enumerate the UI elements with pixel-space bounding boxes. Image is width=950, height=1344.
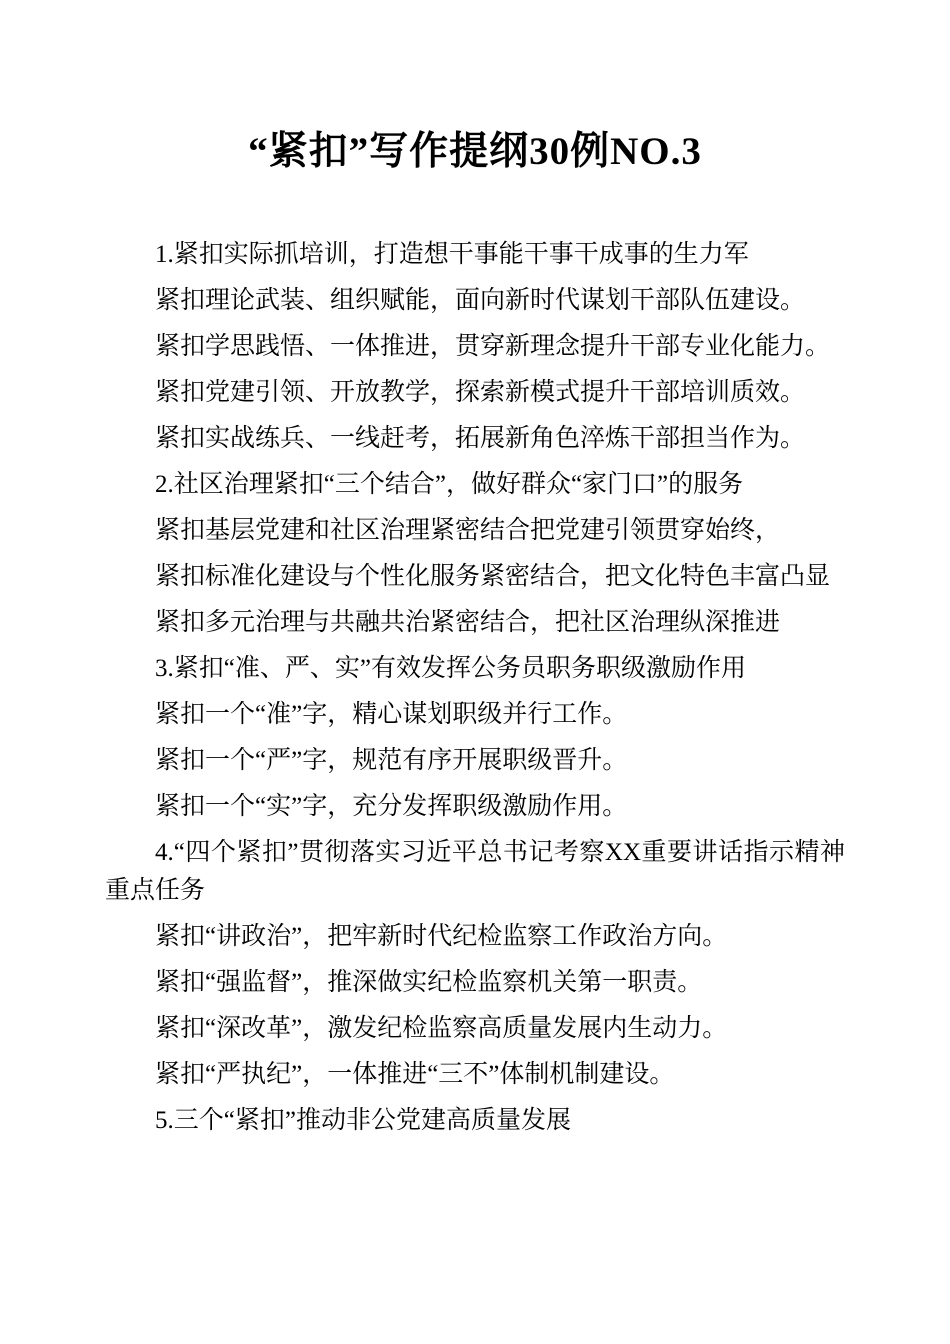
paragraph: 紧扣“强监督”，推深做实纪检监察机关第一职责。	[105, 964, 845, 1002]
document-title: “紧扣”写作提纲30例NO.3	[105, 0, 845, 183]
paragraph: 紧扣“严执纪”，一体推进“三不”体制机制建设。	[105, 1056, 845, 1094]
paragraph: 紧扣多元治理与共融共治紧密结合，把社区治理纵深推进	[105, 604, 845, 642]
paragraph: 紧扣实战练兵、一线赶考，拓展新角色淬炼干部担当作为。	[105, 420, 845, 458]
paragraph: 紧扣“讲政治”，把牢新时代纪检监察工作政治方向。	[105, 918, 845, 956]
paragraph: 1.紧扣实际抓培训，打造想干事能干事干成事的生力军	[105, 236, 845, 274]
paragraph: 紧扣一个“实”字，充分发挥职级激励作用。	[105, 788, 845, 826]
paragraph: 2.社区治理紧扣“三个结合”，做好群众“家门口”的服务	[105, 466, 845, 504]
paragraph: 紧扣理论武装、组织赋能，面向新时代谋划干部队伍建设。	[105, 282, 845, 320]
paragraph: 4.“四个紧扣”贯彻落实习近平总书记考察XX重要讲话指示精神重点任务	[105, 834, 845, 910]
document-page: “紧扣”写作提纲30例NO.3 1.紧扣实际抓培训，打造想干事能干事干成事的生力…	[0, 0, 950, 1344]
document-body: 1.紧扣实际抓培训，打造想干事能干事干成事的生力军紧扣理论武装、组织赋能，面向新…	[105, 236, 845, 1140]
paragraph: 紧扣党建引领、开放教学，探索新模式提升干部培训质效。	[105, 374, 845, 412]
paragraph: 紧扣“深改革”，激发纪检监察高质量发展内生动力。	[105, 1010, 845, 1048]
paragraph: 3.紧扣“准、严、实”有效发挥公务员职务职级激励作用	[105, 650, 845, 688]
paragraph: 紧扣基层党建和社区治理紧密结合把党建引领贯穿始终，	[105, 512, 845, 550]
paragraph: 5.三个“紧扣”推动非公党建高质量发展	[105, 1102, 845, 1140]
paragraph: 紧扣一个“准”字，精心谋划职级并行工作。	[105, 696, 845, 734]
paragraph: 紧扣标准化建设与个性化服务紧密结合，把文化特色丰富凸显	[105, 558, 845, 596]
paragraph: 紧扣一个“严”字，规范有序开展职级晋升。	[105, 742, 845, 780]
paragraph: 紧扣学思践悟、一体推进，贯穿新理念提升干部专业化能力。	[105, 328, 845, 366]
